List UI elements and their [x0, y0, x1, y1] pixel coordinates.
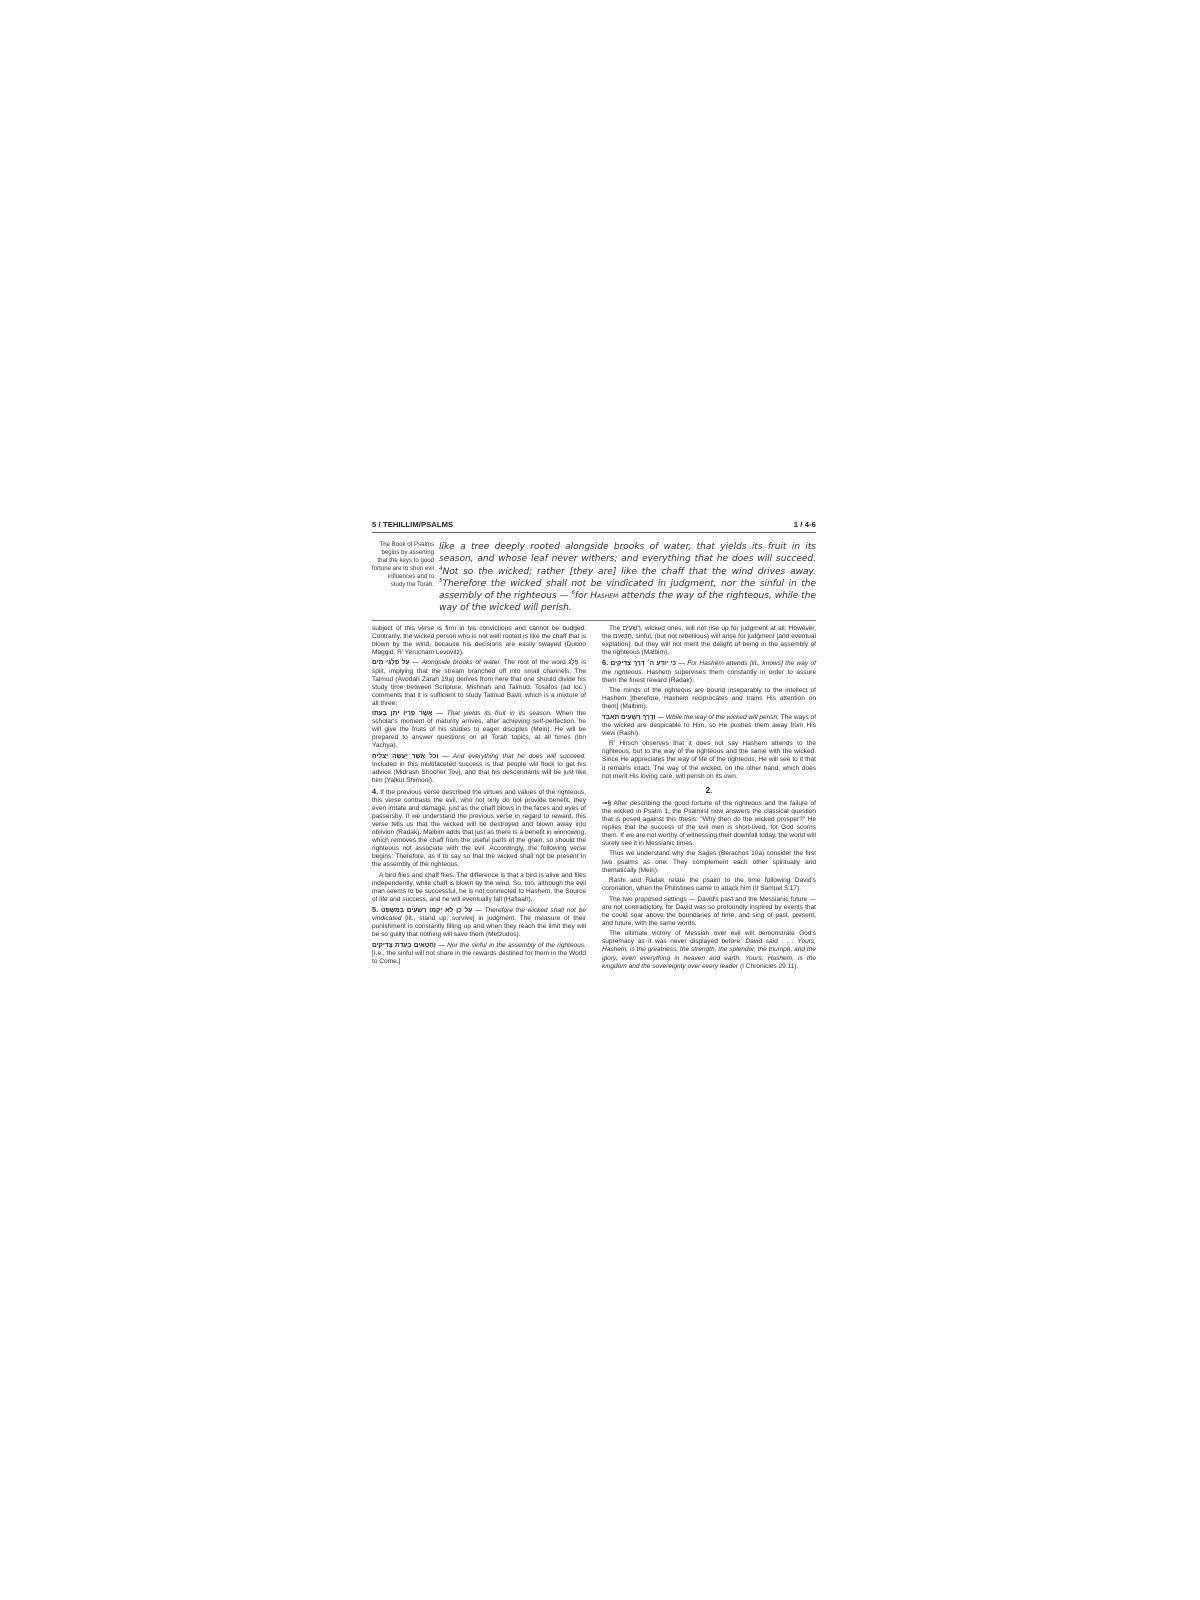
verse-number: 6.: [602, 658, 608, 667]
commentary-paragraph: Thus we understand why the Sages (Berach…: [602, 850, 816, 874]
commentary-paragraph: The רְשָׁעִים, wicked ones, will not ris…: [602, 625, 816, 657]
running-head-title: 5 / TEHILLIM/PSALMS: [372, 520, 453, 529]
hebrew-lemma: וְדֶרֶךְ רְשָׁעִים תֹּאבֵד: [602, 714, 656, 721]
commentary-paragraph: 4. If the previous verse described the v…: [372, 788, 586, 869]
commentary-paragraph: The minds of the righteous are bound ins…: [602, 687, 816, 711]
margin-sidenote: The Book of Psalms begins by asserting t…: [372, 541, 439, 615]
hebrew-lemma: עַל כֵּן לֹא יָקֻמוּ רְשָׁעִים בַּמִּשְׁ…: [381, 907, 472, 914]
running-head: 5 / TEHILLIM/PSALMS 1 / 4-6: [372, 520, 816, 533]
commentary-paragraph: וְדֶרֶךְ רְשָׁעִים תֹּאבֵד — While the w…: [602, 714, 816, 738]
commentary-columns: subject of this verse is firm in his con…: [372, 625, 816, 973]
commentary-paragraph: אֲשֶׁר פִּרְיוֹ יִתֵּן בְּעִתּוֹ — That …: [372, 710, 586, 750]
commentary-paragraph: The ultimate victory of Messiah over evi…: [602, 930, 816, 970]
hebrew-lemma: אֲשֶׁר פִּרְיוֹ יִתֵּן בְּעִתּוֹ: [372, 710, 432, 717]
commentary-right-column: The רְשָׁעִים, wicked ones, will not ris…: [602, 625, 816, 973]
hebrew-lemma: עַל פַּלְגֵי מָיִם: [372, 659, 410, 666]
verse-block: The Book of Psalms begins by asserting t…: [372, 541, 816, 615]
commentary-paragraph: עַל פַּלְגֵי מָיִם — Alongside brooks of…: [372, 659, 586, 707]
commentary-paragraph: subject of this verse is firm in his con…: [372, 625, 586, 657]
commentary-paragraph: The two proposed settings — David's past…: [602, 896, 816, 928]
hebrew-lemma: וְחַטָּאִים בַּעֲדַת צַדִּיקִים: [372, 942, 436, 949]
verse-translation: like a tree deeply rooted alongside broo…: [439, 541, 816, 615]
commentary-paragraph: וְכֹל אֲשֶׁר יַעֲשֶׂה יַצְלִיחַ — And ev…: [372, 753, 586, 785]
commentary-paragraph: וְחַטָּאִים בַּעֲדַת צַדִּיקִים — Nor th…: [372, 942, 586, 966]
hebrew-lemma: כִּי יוֹדֵעַ ה׳ דֶּרֶךְ צַדִּיקִים: [611, 660, 677, 667]
book-page: 5 / TEHILLIM/PSALMS 1 / 4-6 The Book of …: [372, 520, 816, 973]
commentary-paragraph: R' Hirsch observes that it does not say …: [602, 740, 816, 780]
verse-number: 5.: [372, 905, 378, 914]
commentary-paragraph: Rashi and Radak relate the psalm to the …: [602, 877, 816, 893]
hebrew-lemma: וְכֹל אֲשֶׁר יַעֲשֶׂה יַצְלִיחַ: [372, 753, 438, 760]
commentary-paragraph: ⊸§ After describing the good fortune of …: [602, 800, 816, 848]
commentary-paragraph: A bird flies and chaff flies. The differ…: [372, 872, 586, 904]
verse-number: 4.: [372, 787, 378, 796]
section-divider: [372, 620, 816, 621]
running-head-verse-ref: 1 / 4-6: [794, 520, 816, 529]
commentary-left-column: subject of this verse is firm in his con…: [372, 625, 586, 973]
psalm-number-heading: 2.: [602, 787, 816, 795]
commentary-paragraph: 6. כִּי יוֹדֵעַ ה׳ דֶּרֶךְ צַדִּיקִים — …: [602, 659, 816, 684]
commentary-paragraph: 5. עַל כֵּן לֹא יָקֻמוּ רְשָׁעִים בַּמִּ…: [372, 906, 586, 939]
section-mark-icon: ⊸§: [602, 800, 611, 807]
